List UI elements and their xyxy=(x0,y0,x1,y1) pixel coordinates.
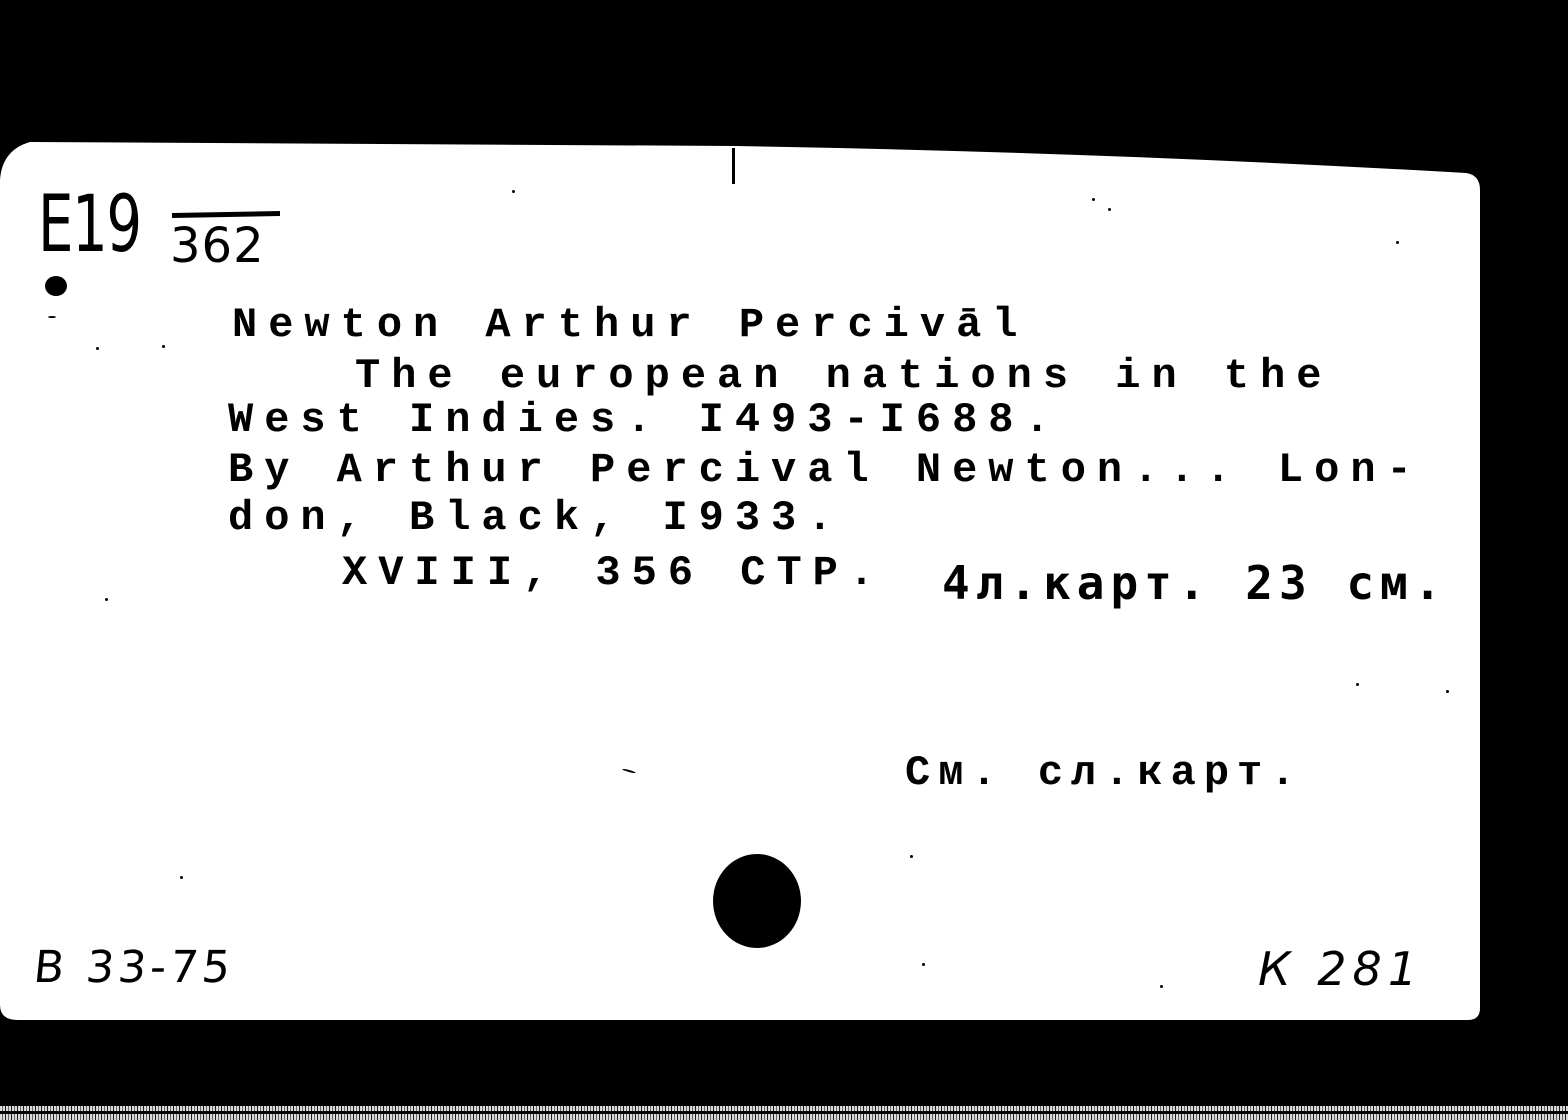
scan-speck xyxy=(1108,208,1111,211)
scan-speck xyxy=(1160,985,1163,988)
scan-speck xyxy=(105,598,108,601)
physical-description-maps-size: 4л.карт. 23 см. xyxy=(942,560,1447,606)
physical-description: XVIII, 356 СТР. xyxy=(342,552,885,594)
scan-speck xyxy=(162,345,165,348)
call-number-class: E19 xyxy=(38,186,141,264)
scan-speck xyxy=(1092,198,1095,201)
scan-speck xyxy=(1446,690,1449,693)
inventory-number-right: К 281 xyxy=(1258,946,1423,992)
title-line-1: The european nations in the xyxy=(355,355,1333,397)
scan-speck xyxy=(910,855,913,858)
scan-speck xyxy=(922,963,925,966)
title-line-2: West Indies. I493-I688. xyxy=(228,399,1061,441)
imprint-line: don, Black, I933. xyxy=(228,497,843,539)
scan-speck xyxy=(1356,683,1359,686)
responsibility-line-1: By Arthur Percival Newton... Lon- xyxy=(228,449,1423,491)
see-also-note: См. сл.карт. xyxy=(905,752,1303,794)
scan-speck xyxy=(96,347,99,350)
ink-dot xyxy=(45,276,67,296)
punch-hole-icon xyxy=(713,854,801,948)
scan-speck xyxy=(1396,241,1399,244)
ruled-tick-mark xyxy=(732,148,735,184)
scan-speck xyxy=(512,190,515,193)
scanner-edge-strip xyxy=(0,1106,1568,1120)
scan-speck xyxy=(180,876,183,879)
author-heading: Newton Arthur Percivāl xyxy=(232,304,1029,346)
call-number-item: 362 xyxy=(170,222,265,270)
scan-speck xyxy=(48,316,56,318)
inventory-number-left: В 33-75 xyxy=(32,946,237,990)
